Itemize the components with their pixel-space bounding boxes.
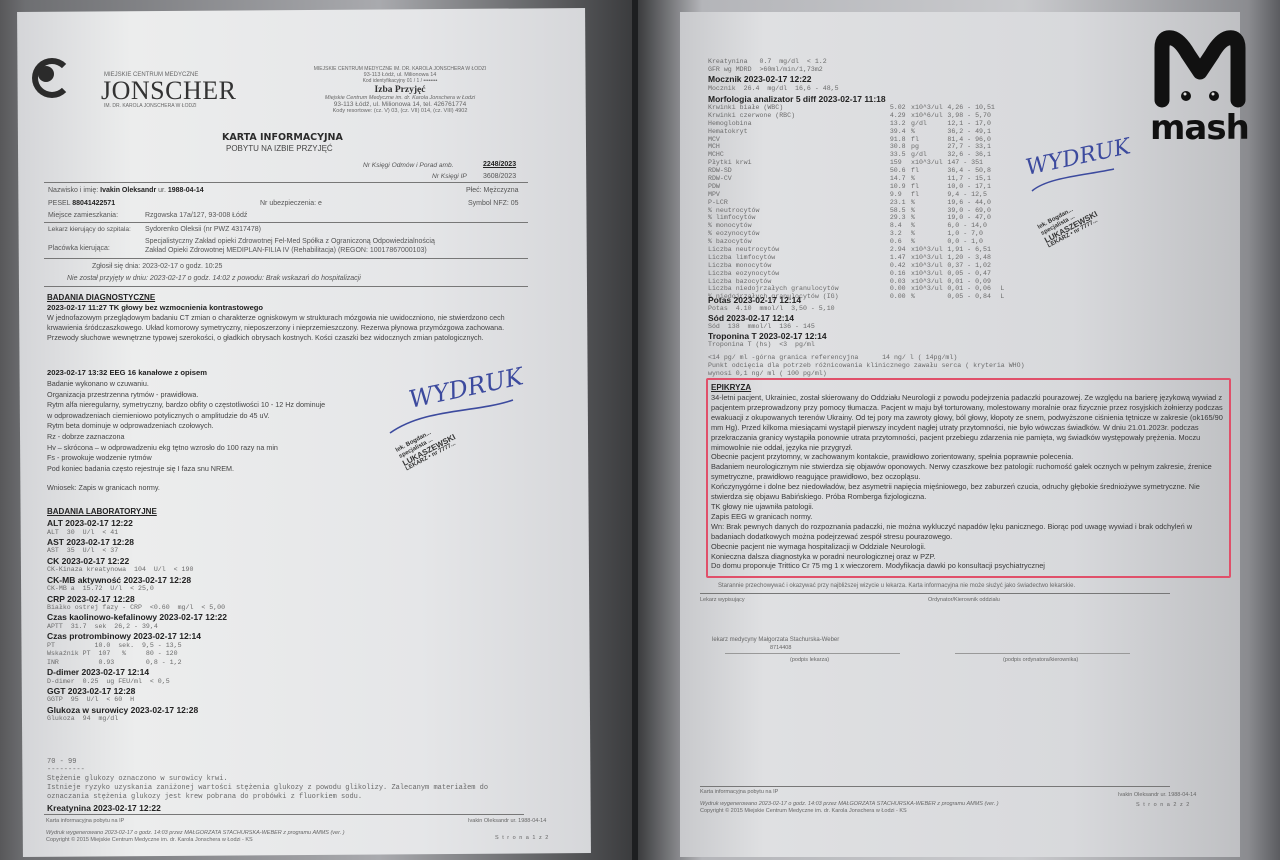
glucose-note: Stężenie glukozy oznaczono w surowicy kr… [47,775,228,783]
morphology-cell: 19,6 - 44,0 [947,199,1000,207]
morphology-cell: L [1000,293,1008,301]
epikryza-body: 34-letni pacjent, Ukrainiec, został skie… [711,393,1225,571]
morphology-cell [1000,159,1008,167]
logo-name: JONSCHER [101,76,236,106]
morphology-row: Liczba bazocytów0.03x10^3/ul0,01 - 0,09 [708,278,1008,286]
morphology-cell: 1,0 - 7,0 [947,230,1000,238]
diagnostics-heading: BADANIA DIAGNOSTYCZNE [47,293,155,302]
morphology-cell: Krwinki czerwone (RBC) [708,112,890,120]
morphology-cell: Krwinki białe (WBC) [708,104,890,112]
eeg-conclusion: Wniosek: Zapis w granicach normy. [47,483,160,493]
header-line: 93-113 Łódź, ul. Milionowa 14, tel. 4267… [300,101,500,108]
morphology-row: MCHC33.5g/dl32,6 - 36,1 [708,151,1008,159]
morphology-row: Płytki krwi159x10^3/ul147 - 351 [708,159,1008,167]
morphology-cell: % bazocytów [708,238,890,246]
morphology-cell: 36,2 - 49,1 [947,128,1000,136]
kreatynina-title: Kreatynina 2023-02-17 12:22 [47,803,161,813]
document-title: KARTA INFORMACYJNA [222,132,343,143]
morphology-cell: 5.02 [890,104,911,112]
mocznik-row: Mocznik 26.4 mg/dl 16,6 - 48,5 [708,85,839,92]
sig-label-left: (podpis lekarza) [790,657,829,663]
morphology-cell: Liczba eozynocytów [708,270,890,278]
epikryza-line: Do domu proponuje Trittico Cr 75 mg 1 x … [711,561,1225,571]
morphology-cell: 39,0 - 69,0 [947,207,1000,215]
morphology-row: % limfocytów29.3%19,0 - 47,0 [708,214,1008,222]
lab-entry-row: Wskaźnik PT 107 % 80 - 120 [47,650,407,658]
footer-left: Karta informacyjna pobytu na IP [46,818,124,824]
morphology-cell: Liczba monocytów [708,262,890,270]
doctor-number: 8714408 [770,645,791,651]
morphology-row: MCV91.8fl81,4 - 96,0 [708,136,1008,144]
reported-date: Zgłosił się dnia: 2023-02-17 o godz. 10:… [92,263,222,270]
morphology-cell [1000,246,1008,254]
morphology-cell: 147 - 351 [947,159,1000,167]
patient-nfz: Symbol NFZ: 05 [468,200,519,207]
epikryza-line: Obecnie pacjent nie wymaga hospitalizacj… [711,542,1225,552]
morphology-cell: % [911,207,947,215]
morphology-cell: x10^3/ul [911,159,947,167]
morphology-cell: % [911,214,947,222]
morphology-cell [1000,222,1008,230]
morphology-cell [1000,230,1008,238]
morphology-cell: Liczba neutrocytów [708,246,890,254]
morphology-cell: MPV [708,191,890,199]
footer-left: Karta informacyjna pobytu na IP [700,789,778,795]
referring-doctor-label: Lekarz kierujący do szpitala: [48,226,131,233]
morphology-row: MPV9.9fl9,4 - 12,5 [708,191,1008,199]
morphology-cell: Liczba niedojrzałych granulocytów [708,285,890,293]
morphology-cell: Hemoglobina [708,120,890,128]
logo-bird-icon [38,66,54,82]
morphology-cell: x10^3/ul [911,254,947,262]
morphology-cell: 30.8 [890,143,911,151]
morphology-cell: 13.2 [890,120,911,128]
morphology-cell: 0.03 [890,278,911,286]
morphology-cell: 10.9 [890,183,911,191]
morphology-cell [1000,183,1008,191]
referring-facility-line1: Specjalistyczny Zakład opieki Zdrowotnej… [145,238,435,245]
troponina-note: wynosi 0,1 ng/ ml ( 100 pg/ml) [708,370,827,377]
morphology-cell: 0,01 - 0,09 [947,278,1000,286]
morphology-cell: P-LCR [708,199,890,207]
morphology-cell: 9.9 [890,191,911,199]
morphology-cell: 50.6 [890,167,911,175]
morphology-cell: 27,7 - 33,1 [947,143,1000,151]
eeg-line: Rytm beta dominuje w odprowadzeniach czo… [47,421,367,432]
morphology-cell: % [911,128,947,136]
registry-ip-value: 3608/2023 [483,173,516,180]
morphology-cell [1000,120,1008,128]
eeg-line: Organizacja przestrzenna rytmów - prawid… [47,390,367,401]
morphology-cell: 81,4 - 96,0 [947,136,1000,144]
eeg-line: Hv – skrócona – w odprowadzeniu ekg tętn… [47,443,367,454]
lab-entry-row: D-dimer 0.25 ug FEU/ml < 0,5 [47,678,407,686]
footer-right: Ivakin Oleksandr ur. 1988-04-14 [468,818,546,824]
footer-copyright: Copyright © 2015 Miejskie Centrum Medycz… [46,837,253,843]
lab-entry-title: CK-MB aktywność 2023-02-17 12:28 [47,575,407,586]
morphology-cell: L [1000,285,1008,293]
morphology-cell [1000,262,1008,270]
morphology-row: P-LCR23.1%19,6 - 44,0 [708,199,1008,207]
morphology-cell [1000,151,1008,159]
eeg-line: w odprowadzeniach ciemieniowo potyliczny… [47,411,367,422]
morphology-cell: 3.2 [890,230,911,238]
morphology-cell: 0,05 - 0,47 [947,270,1000,278]
morphology-row: % eozynocytów3.2%1,0 - 7,0 [708,230,1008,238]
epikryza-line: Badaniem neurologicznym nie stwierdza si… [711,462,1225,482]
patient-dob-value: 1988-04-14 [168,187,204,194]
morphology-row: Liczba eozynocytów0.16x10^3/ul0,05 - 0,4… [708,270,1008,278]
morphology-cell: 39.4 [890,128,911,136]
morphology-cell [1000,199,1008,207]
morphology-cell [1000,214,1008,222]
ct-description: W jednofazowym przeglądowym badaniu CT z… [47,313,507,343]
morphology-cell: 0,05 - 0,84 [947,293,1000,301]
eeg-title: 2023-02-17 13:32 EEG 16 kanałowe z opise… [47,368,207,377]
address-value: Rzgowska 17a/127, 93-008 Łódź [145,212,247,219]
labs-heading: BADANIA LABORATORYJNE [47,507,157,516]
morphology-cell: 33.5 [890,151,911,159]
morphology-cell: % neutrocytów [708,207,890,215]
mash-logo-text: mash [1150,108,1249,148]
morphology-cell: 10,0 - 17,1 [947,183,1000,191]
epikryza-line: Wn: Brak pewnych danych do rozpoznania p… [711,522,1225,542]
potas-row: Potas 4.10 mmol/l 3,50 - 5,10 [708,305,835,312]
morphology-row: Liczba monocytów0.42x10^3/ul0,37 - 1,02 [708,262,1008,270]
troponina-title: Troponina T 2023-02-17 12:14 [708,331,827,341]
signature-stroke-icon [1028,165,1118,195]
not-admitted: Nie został przyjęty w dniu: 2023-02-17 o… [67,275,361,282]
footer-printed: Wydruk wygenerowano 2023-02-17 o godz. 1… [700,801,999,807]
troponina-row: Troponina T (hs) <3 pg/ml [708,341,815,348]
morphology-row: RDW-CV14.7%11,7 - 15,1 [708,175,1008,183]
morphology-cell: RDW-SD [708,167,890,175]
lab-entry-title: AST 2023-02-17 12:28 [47,537,407,548]
morphology-cell [1000,104,1008,112]
glucose-range: 70 - 99 [47,758,76,766]
morphology-cell [1000,167,1008,175]
morphology-cell: 1.47 [890,254,911,262]
morphology-cell: Hematokryt [708,128,890,136]
mocznik-title: Mocznik 2023-02-17 12:22 [708,74,811,84]
patient-name-row: Nazwisko i imię: Ivakin Oleksandr ur. 19… [48,187,204,194]
footer-printed: Wydruk wygenerowano 2023-02-17 o godz. 1… [46,830,345,836]
morphology-cell: 1,20 - 3,48 [947,254,1000,262]
epikryza-line: Zapis EEG w granicach normy. [711,512,1225,522]
morphology-row: Liczba limfocytów1.47x10^3/ul1,20 - 3,48 [708,254,1008,262]
morphology-cell: 19,0 - 47,0 [947,214,1000,222]
morphology-cell [1000,128,1008,136]
sod-title: Sód 2023-02-17 12:14 [708,313,794,323]
glucose-note: Istnieje ryzyko uzyskania zaniżonej wart… [47,784,488,792]
lab-entry-title: Glukoza w surowicy 2023-02-17 12:28 [47,705,407,716]
document-subtitle: POBYTU NA IZBIE PRZYJĘĆ [226,144,333,153]
gfr-row: GFR wg MDRD >60ml/min/1,73m2 [708,66,823,73]
kreatynina-row: Kreatynina 0.7 mg/dl < 1.2 [708,58,827,65]
pesel-value: 88041422571 [72,200,115,207]
morphology-cell: 0.6 [890,238,911,246]
morphology-cell: MCV [708,136,890,144]
morphology-cell: x10^3/ul [911,270,947,278]
eeg-lines: Badanie wykonano w czuwaniu. Organizacja… [47,379,367,474]
morphology-cell: % [911,238,947,246]
ordynator-label: Ordynator/Kierownik oddziału [928,597,1000,603]
morphology-cell: x10^6/ul [911,112,947,120]
glucose-separator: --------- [47,766,85,774]
lab-entry-row: CK-Kinaza kreatynowa 104 U/l < 190 [47,566,407,574]
morphology-cell: PDW [708,183,890,191]
morphology-cell: MCH [708,143,890,151]
morphology-row: Liczba neutrocytów2.94x10^3/ul1,91 - 6,5… [708,246,1008,254]
eeg-line: Rytm alfa nieregularny, symetryczny, bar… [47,400,367,411]
morphology-cell: 2.94 [890,246,911,254]
epikryza-heading: EPIKRYZA [711,383,751,392]
epikryza-line: Kończynygórne i dolne bez niedowładów, b… [711,482,1225,502]
morphology-cell: g/dl [911,120,947,128]
lab-entry-row: GGTP 95 U/l < 60 H [47,696,407,704]
morphology-cell: fl [911,183,947,191]
lab-entry-title: CRP 2023-02-17 12:28 [47,594,407,605]
morphology-cell [1000,207,1008,215]
epikryza-line: Konieczna dalsza diagnostyka w poradni n… [711,552,1225,562]
morphology-cell [1000,136,1008,144]
morphology-row: Krwinki białe (WBC)5.02x10^3/ul4,26 - 10… [708,104,1008,112]
morphology-cell: 0,37 - 1,02 [947,262,1000,270]
lab-entry-row: APTT 31.7 sek 26,2 - 39,4 [47,623,407,631]
header-center: MIEJSKIE CENTRUM MEDYCZNE IM. DR. KAROLA… [300,66,500,114]
morphology-cell: fl [911,191,947,199]
morphology-cell: 8.4 [890,222,911,230]
morphology-cell: 23.1 [890,199,911,207]
morphology-cell: 0.42 [890,262,911,270]
morphology-cell: 58.5 [890,207,911,215]
morphology-cell: RDW-CV [708,175,890,183]
footer-page: S t r o n a 1 z 2 [495,835,549,841]
troponina-note: <14 pg/ ml -górna granica referencyjna 1… [708,354,957,361]
lab-entry-row: ALT 30 U/l < 41 [47,529,407,537]
lab-entry-title: ALT 2023-02-17 12:22 [47,518,407,529]
lab-entry-title: D-dimer 2023-02-17 12:14 [47,667,407,678]
patient-name-value: Ivakin Oleksandr [100,187,156,194]
header-line: Kody resortowe: (cz. V) 03, (cz. VII) 01… [300,108,500,114]
epikryza-paragraph: 34-letni pacjent, Ukrainiec, został skie… [711,393,1225,452]
morphology-cell: % eozynocytów [708,230,890,238]
footer-page: S t r o n a 2 z 2 [1136,802,1190,808]
morphology-row: MCH30.8pg27,7 - 33,1 [708,143,1008,151]
morphology-cell: % [911,293,947,301]
eeg-line: Rz - dobrze zaznaczona [47,432,367,443]
morphology-row: % neutrocytów58.5%39,0 - 69,0 [708,207,1008,215]
morphology-cell: 4,26 - 10,51 [947,104,1000,112]
lab-entry-row: Glukoza 94 mg/dl [47,715,407,723]
morphology-cell: 6,0 - 14,0 [947,222,1000,230]
patient-dob-label: ur. [158,187,166,194]
morphology-cell: x10^3/ul [911,285,947,293]
glucose-note: oznaczania stężenia glukozy jest krew po… [47,793,362,801]
epikryza-line: TK głowy nie ujawniła patologii. [711,502,1225,512]
morphology-cell: 91.8 [890,136,911,144]
morphology-row: Hemoglobina13.2g/dl12,1 - 17,0 [708,120,1008,128]
labs-list: ALT 2023-02-17 12:22ALT 30 U/l < 41AST 2… [47,518,407,724]
morphology-cell: 0.00 [890,285,911,293]
morphology-cell: MCHC [708,151,890,159]
morphology-cell [1000,278,1008,286]
morphology-row: RDW-SD50.6fl36,4 - 50,8 [708,167,1008,175]
morphology-cell: % [911,199,947,207]
morphology-row: Krwinki czerwone (RBC)4.29x10^6/ul3,98 -… [708,112,1008,120]
morphology-cell: 9,4 - 12,5 [947,191,1000,199]
storage-notice: Starannie przechowywać i okazywać przy n… [718,583,1075,589]
morphology-title: Morfologia analizator 5 diff 2023-02-17 … [708,94,886,104]
lab-entry-title: GGT 2023-02-17 12:28 [47,686,407,697]
morphology-cell: 32,6 - 36,1 [947,151,1000,159]
lab-entry-row: CK-MB a 15.72 U/l < 25,0 [47,585,407,593]
morphology-cell [1000,254,1008,262]
morphology-cell: % [911,230,947,238]
morphology-cell: 4.29 [890,112,911,120]
morphology-row: % bazocytów0.6%0,0 - 1,0 [708,238,1008,246]
potas-title: Potas 2023-02-17 12:14 [708,295,801,305]
lab-entry-title: Czas kaolinowo-kefalinowy 2023-02-17 12:… [47,612,407,623]
morphology-cell: Liczba bazocytów [708,278,890,286]
ct-title: 2023-02-17 11:27 TK głowy bez wzmocnieni… [47,303,263,312]
patient-pesel-row: PESEL 88041422571 [48,200,115,207]
epikryza-line: Obecnie pacjent przytomny, w zachowanym … [711,452,1225,462]
referring-facility-label: Placówka kierująca: [48,245,110,252]
morphology-cell [1000,238,1008,246]
morphology-cell: 3,98 - 5,70 [947,112,1000,120]
logo-sub-line: IM. DR. KAROLA JONSCHERA W ŁODZI [104,103,197,109]
address-label: Miejsce zamieszkania: [48,212,118,219]
morphology-cell: 11,7 - 15,1 [947,175,1000,183]
patient-insurance: Nr ubezpieczenia: e [260,200,322,207]
morphology-cell: 29.3 [890,214,911,222]
lab-entry-row: INR 0.93 0,8 - 1,2 [47,659,407,667]
morphology-cell: 12,1 - 17,0 [947,120,1000,128]
morphology-cell: Płytki krwi [708,159,890,167]
registry-ip-label: Nr Księgi IP [432,173,467,180]
morphology-cell: 0.16 [890,270,911,278]
footer-right: Ivakin Oleksandr ur. 1988-04-14 [1118,792,1196,798]
morphology-cell [1000,191,1008,199]
registry-ksiega-label: Nr Księgi Odmów i Porad amb. [363,162,454,169]
patient-sex: Płeć: Mężczyzna [466,187,519,194]
lab-entry-row: Białko ostrej fazy - CRP <0.60 mg/l < 5,… [47,604,407,612]
morphology-cell: % [911,222,947,230]
morphology-cell [1000,112,1008,120]
eeg-line: Badanie wykonano w czuwaniu. [47,379,367,390]
lab-entry-row: PT 10.0 sek. 9,5 - 13,5 [47,642,407,650]
morphology-cell: 159 [890,159,911,167]
morphology-cell [1000,143,1008,151]
morphology-cell: fl [911,167,947,175]
morphology-row: Liczba niedojrzałych granulocytów0.00x10… [708,285,1008,293]
doctor-name: lekarz medycyny Małgorzata Stachurska-We… [712,637,839,643]
morphology-row: PDW10.9fl10,0 - 17,1 [708,183,1008,191]
morphology-cell: 0,01 - 0,06 [947,285,1000,293]
lab-entry-title: Czas protrombinowy 2023-02-17 12:14 [47,631,407,642]
doctor-label: Lekarz wypisujący [700,597,745,603]
referring-facility-line2: Zakład Opieki Zdrowotnej MEDIPLAN-FILIA … [145,247,427,254]
troponina-note: Punkt odcięcia dla potrzeb różnicowania … [708,362,1025,369]
lab-entry-title: CK 2023-02-17 12:22 [47,556,407,567]
sod-row: Sód 138 mmol/l 136 - 145 [708,323,815,330]
morphology-cell: % monocytów [708,222,890,230]
morphology-cell: x10^3/ul [911,246,947,254]
morphology-cell: 1,91 - 6,51 [947,246,1000,254]
referring-doctor-value: Sydorenko Oleksii (nr PWZ 4317478) [145,226,261,233]
morphology-cell: 14.7 [890,175,911,183]
morphology-cell: % [911,175,947,183]
morphology-cell [1000,175,1008,183]
eeg-line: Pod koniec badania często rejestruje się… [47,464,367,475]
sig-label-right: (podpis ordynatora/kierownika) [1003,657,1078,663]
morphology-cell: % limfocytów [708,214,890,222]
mash-logo-icon [1152,30,1248,108]
morphology-cell: Liczba limfocytów [708,254,890,262]
morphology-cell: 0,0 - 1,0 [947,238,1000,246]
morphology-cell [1000,270,1008,278]
morphology-row: Hematokryt39.4%36,2 - 49,1 [708,128,1008,136]
header-line: Kod identyfikacyjny 01 / 1 / •••••••• [300,78,500,84]
morphology-cell: fl [911,136,947,144]
morphology-cell: 0.00 [890,293,911,301]
morphology-cell: pg [911,143,947,151]
header-title: Izba Przyjęć [300,85,500,95]
pesel-label: PESEL [48,200,70,207]
morphology-cell: x10^3/ul [911,104,947,112]
morphology-row: % monocytów8.4%6,0 - 14,0 [708,222,1008,230]
lab-entry-row: AST 35 U/l < 37 [47,547,407,555]
eeg-line: Fs - prowokuje wodzenie rytmów [47,453,367,464]
patient-name-label: Nazwisko i imię: [48,187,98,194]
registry-ksiega-value: 2248/2023 [483,161,516,168]
morphology-cell: x10^3/ul [911,262,947,270]
morphology-table: Krwinki białe (WBC)5.02x10^3/ul4,26 - 10… [708,104,1008,301]
footer-copyright: Copyright © 2015 Miejskie Centrum Medycz… [700,808,907,814]
morphology-cell: 36,4 - 50,8 [947,167,1000,175]
